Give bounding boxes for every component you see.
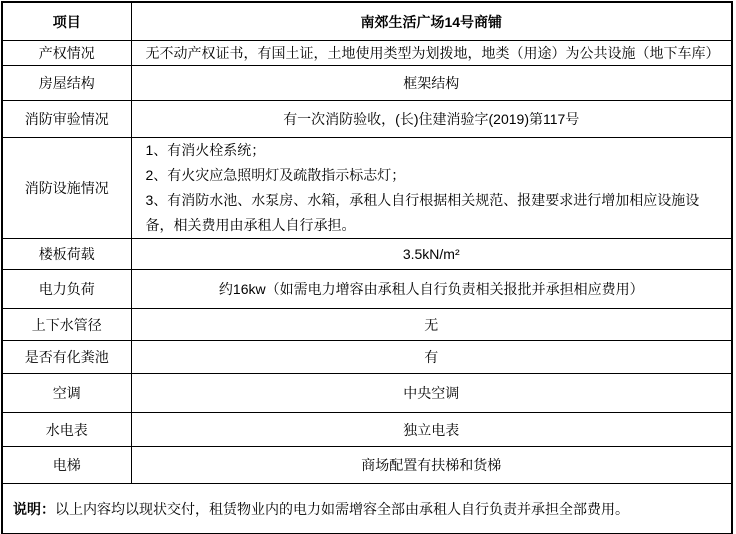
row-value: 框架结构: [131, 66, 732, 101]
table-header-row: 项目 南郊生活广场14号商铺: [2, 2, 732, 41]
row-value: 约16kw（如需电力增容由承租人自行负责相关报批并承担相应费用）: [131, 270, 732, 309]
row-label: 电梯: [2, 447, 131, 484]
row-value: 3.5kN/m²: [131, 239, 732, 270]
row-label: 上下水管径: [2, 309, 131, 341]
table-row-ownership: 产权情况 无不动产权证书，有国土证，土地使用类型为划拨地，地类（用途）为公共设施…: [2, 41, 732, 66]
row-value: 有: [131, 341, 732, 374]
header-item-label: 项目: [2, 2, 131, 41]
note-text: 以上内容均以现状交付，租赁物业内的电力如需增容全部由承租人自行负责并承担全部费用…: [55, 501, 629, 517]
row-value: 独立电表: [131, 413, 732, 447]
table-row-utility-meter: 水电表 独立电表: [2, 413, 732, 447]
row-value: 商场配置有扶梯和货梯: [131, 447, 732, 484]
table-row-structure: 房屋结构 框架结构: [2, 66, 732, 101]
row-value: 无不动产权证书，有国土证，土地使用类型为划拨地，地类（用途）为公共设施（地下车库…: [131, 41, 732, 66]
note-cell: 说明：以上内容均以现状交付，租赁物业内的电力如需增容全部由承租人自行负责并承担全…: [2, 484, 732, 534]
table-row-floor-load: 楼板荷载 3.5kN/m²: [2, 239, 732, 270]
row-label: 电力负荷: [2, 270, 131, 309]
row-label: 水电表: [2, 413, 131, 447]
table-row-air-conditioning: 空调 中央空调: [2, 374, 732, 413]
fire-facility-item: 2、有火灾应急照明灯及疏散指示标志灯；: [146, 163, 718, 188]
table-row-power-load: 电力负荷 约16kw（如需电力增容由承租人自行负责相关报批并承担相应费用）: [2, 270, 732, 309]
row-label: 消防设施情况: [2, 138, 131, 239]
table-row-note: 说明：以上内容均以现状交付，租赁物业内的电力如需增容全部由承租人自行负责并承担全…: [2, 484, 732, 534]
row-value: 有一次消防验收，(长)住建消验字(2019)第117号: [131, 101, 732, 138]
row-label: 空调: [2, 374, 131, 413]
table-row-fire-facilities: 消防设施情况 1、有消火栓系统； 2、有火灾应急照明灯及疏散指示标志灯； 3、有…: [2, 138, 732, 239]
row-label: 产权情况: [2, 41, 131, 66]
fire-facility-item: 3、有消防水池、水泵房、水箱，承租人自行根据相关规范、报建要求进行增加相应设施设…: [146, 188, 718, 238]
property-info-document: 项目 南郊生活广场14号商铺 产权情况 无不动产权证书，有国土证，土地使用类型为…: [0, 1, 736, 534]
table-row-elevator: 电梯 商场配置有扶梯和货梯: [2, 447, 732, 484]
row-label: 是否有化粪池: [2, 341, 131, 374]
row-label: 消防审验情况: [2, 101, 131, 138]
row-label: 房屋结构: [2, 66, 131, 101]
header-property-title: 南郊生活广场14号商铺: [131, 2, 732, 41]
table-row-water-pipe: 上下水管径 无: [2, 309, 732, 341]
fire-facility-item: 1、有消火栓系统；: [146, 138, 718, 163]
table-row-septic-tank: 是否有化粪池 有: [2, 341, 732, 374]
note-label: 说明：: [13, 501, 55, 517]
table-row-fire-inspection: 消防审验情况 有一次消防验收，(长)住建消验字(2019)第117号: [2, 101, 732, 138]
row-value: 无: [131, 309, 732, 341]
property-info-table: 项目 南郊生活广场14号商铺 产权情况 无不动产权证书，有国土证，土地使用类型为…: [1, 1, 733, 534]
row-value-list: 1、有消火栓系统； 2、有火灾应急照明灯及疏散指示标志灯； 3、有消防水池、水泵…: [131, 138, 732, 239]
row-value: 中央空调: [131, 374, 732, 413]
row-label: 楼板荷载: [2, 239, 131, 270]
